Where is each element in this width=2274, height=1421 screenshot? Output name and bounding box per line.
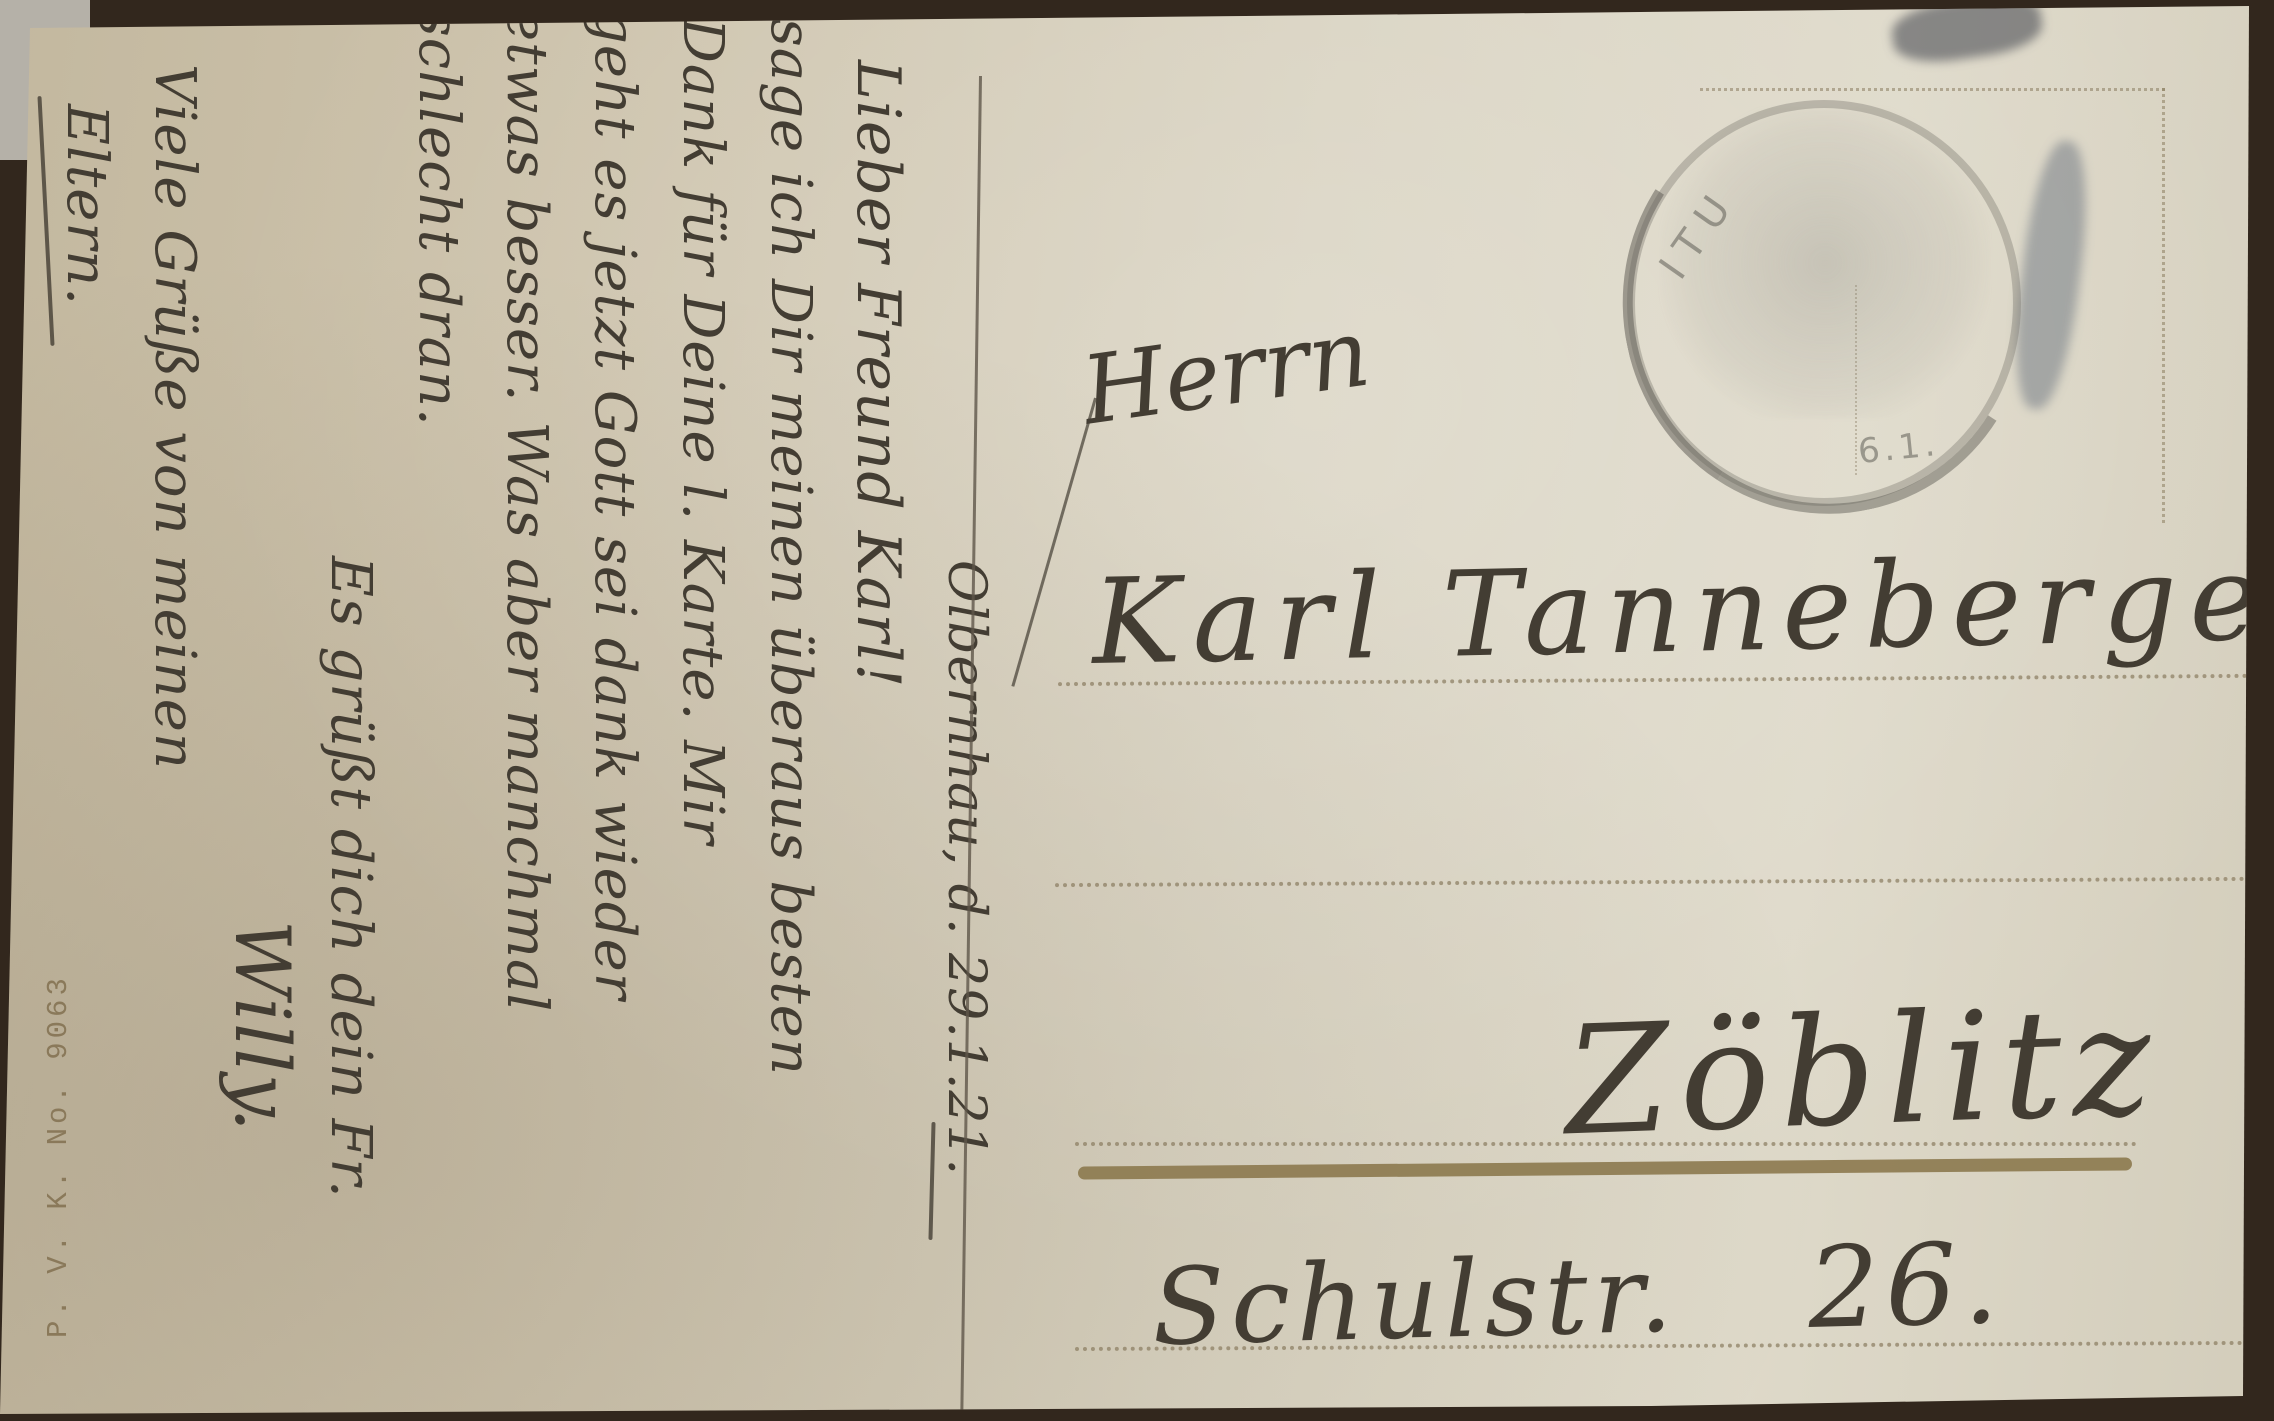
address-town: Zöblitz [1562, 975, 2164, 1170]
message-closing: Es grüßt dich dein Fr. [306, 0, 394, 1421]
message-postscript: Viele Grüße von meinen [130, 0, 218, 1421]
message-line: etwas besser. Was aber manchmal [482, 0, 570, 1421]
message-line: sage ich Dir meinen überaus besten [746, 0, 834, 1421]
address-house-number: 26. [1806, 1219, 2005, 1354]
postcard: Olbernhau, d. 29.1.21. Lieber Freund Kar… [0, 0, 2274, 1421]
address-recipient-name: Karl Tanneberger [1091, 527, 2274, 691]
message-line: Dank für Deine l. Karte. Mir [658, 0, 746, 1421]
address-guide-line [1055, 877, 2245, 887]
postmark-date-text: 6.1. [1856, 424, 1941, 472]
ink-smudge [1889, 0, 2046, 68]
address-title-flourish [1011, 398, 1097, 687]
message-area: Olbernhau, d. 29.1.21. Lieber Freund Kar… [0, 0, 1010, 1421]
printer-imprint: P. V. K. No. 9063 [42, 968, 84, 1338]
stamp-box-right-edge [2162, 88, 2165, 523]
address-guide-line [1075, 1142, 2137, 1146]
message-signature: Willy. [218, 0, 306, 1421]
message-line: schlecht dran. [394, 0, 482, 1421]
handwritten-message: Olbernhau, d. 29.1.21. Lieber Freund Kar… [0, 0, 1010, 1421]
message-salutation: Lieber Freund Karl! [834, 0, 922, 1421]
address-title: Herrn [1076, 298, 1376, 446]
stamp-box-top-edge [1700, 88, 2165, 91]
postmark-circle-arc [1584, 58, 2068, 551]
message-line: geht es jetzt Gott sei dank wieder [570, 0, 658, 1421]
